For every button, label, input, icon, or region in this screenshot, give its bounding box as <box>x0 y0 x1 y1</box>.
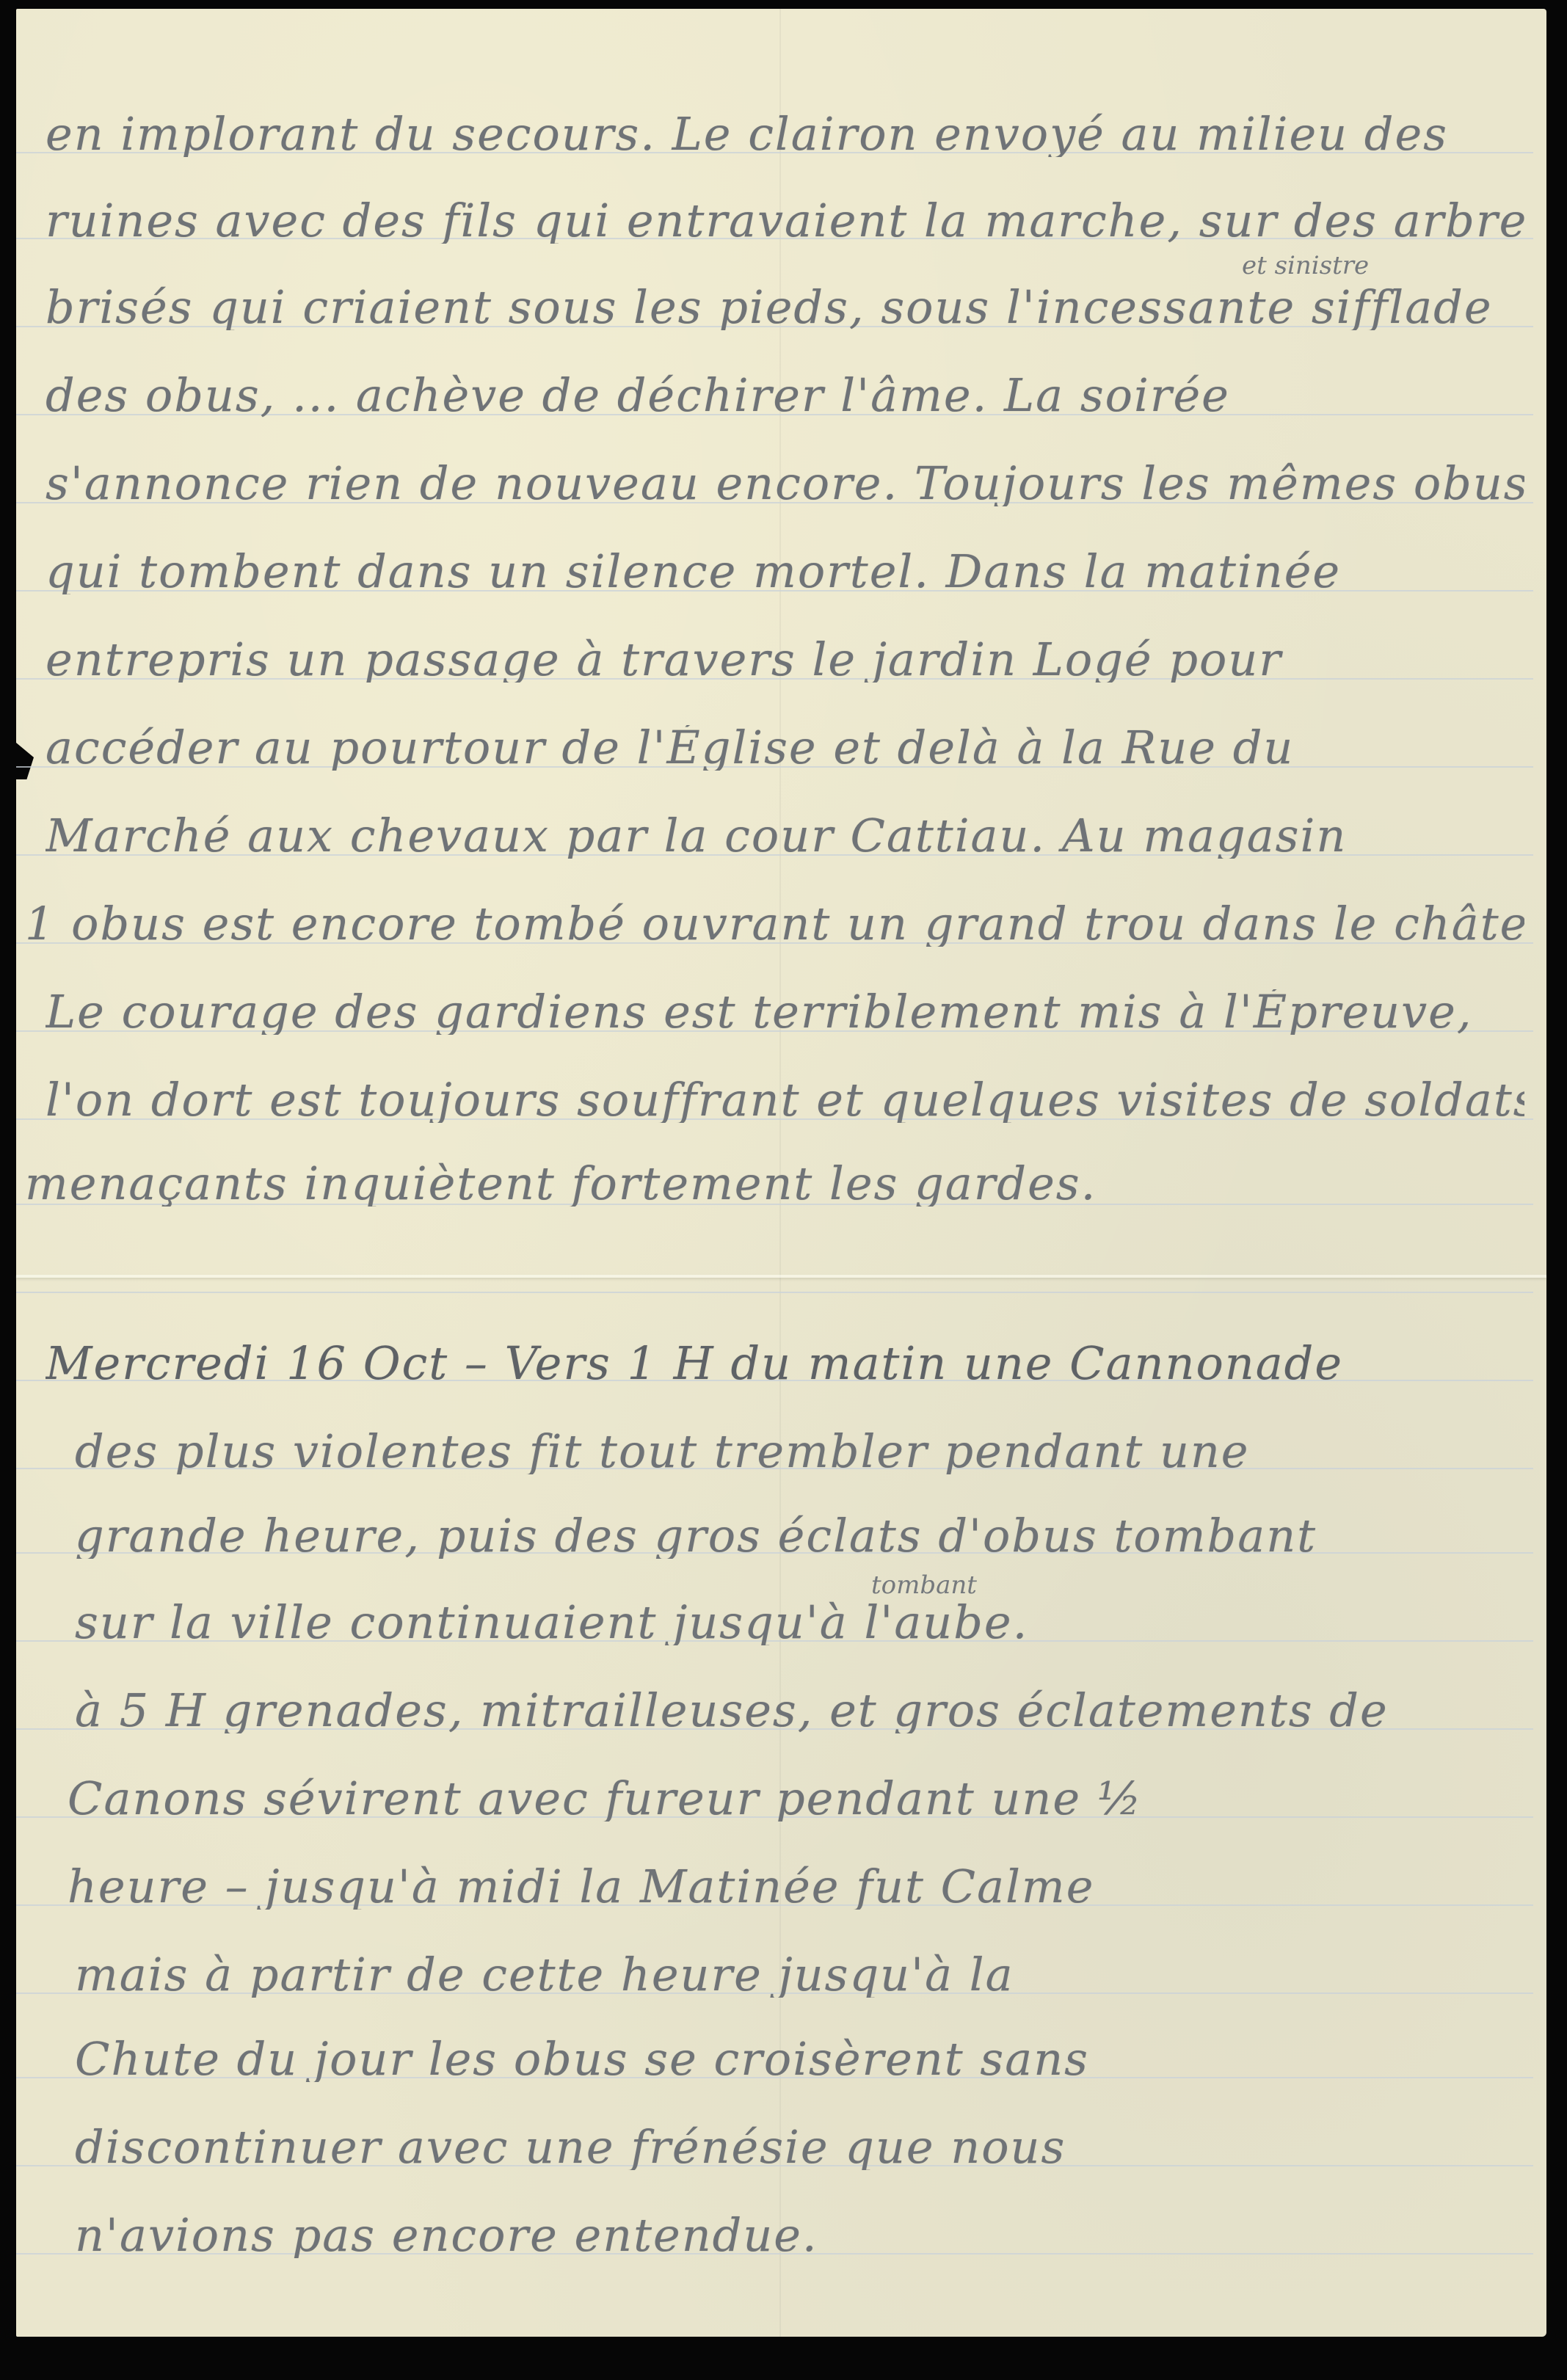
text-line: sur la ville continuaient jusqu'à l'aube… <box>75 1600 1524 1645</box>
document-page: en implorant du secours. Le clairon envo… <box>16 9 1546 2337</box>
entry-heading-text: – Vers 1 H du matin une Cannonade <box>448 1341 1343 1386</box>
text-line: à 5 H grenades, mitrailleuses, et gros é… <box>75 1688 1524 1733</box>
paper-fold <box>16 1275 1546 1278</box>
text-line: discontinuer avec une frénésie que nous <box>75 2125 1524 2170</box>
text-line: n'avions pas encore entendue. <box>75 2213 1524 2258</box>
text-line: mais à partir de cette heure jusqu'à la <box>75 1952 1524 1998</box>
text-line: Canons sévirent avec fureur pendant une … <box>68 1776 1524 1822</box>
torn-edge <box>16 743 34 779</box>
interlinear-insert: et sinistre <box>1242 251 1369 280</box>
text-line: Le courage des gardiens est terriblement… <box>46 989 1524 1035</box>
interlinear-insert: tombant <box>871 1571 977 1600</box>
entry-heading: Mercredi 16 Oct – Vers 1 H du matin une … <box>46 1341 1524 1386</box>
text-line: grande heure, puis des gros éclats d'obu… <box>75 1513 1524 1559</box>
text-line: l'on dort est toujours souffrant et quel… <box>46 1077 1524 1123</box>
entry-date: Mercredi 16 Oct <box>46 1341 448 1386</box>
text-line: ruines avec des fils qui entravaient la … <box>46 198 1524 244</box>
text-line: menaçants inquiètent fortement les garde… <box>25 1161 1524 1207</box>
text-line: des plus violentes fit tout trembler pen… <box>75 1429 1524 1474</box>
text-line: des obus, ... achève de déchirer l'âme. … <box>46 373 1524 418</box>
text-line: en implorant du secours. Le clairon envo… <box>46 112 1524 157</box>
ruled-line <box>16 1292 1533 1293</box>
text-line: s'annonce rien de nouveau encore. Toujou… <box>46 461 1524 506</box>
text-line: Marché aux chevaux par la cour Cattiau. … <box>46 813 1524 859</box>
text-line: Chute du jour les obus se croisèrent san… <box>75 2037 1524 2082</box>
text-line: entrepris un passage à travers le jardin… <box>46 637 1524 683</box>
text-line: accéder au pourtour de l'Église et delà … <box>46 725 1524 771</box>
text-line: qui tombent dans un silence mortel. Dans… <box>46 549 1524 594</box>
text-line: brisés qui criaient sous les pieds, sous… <box>46 285 1524 330</box>
text-line: 1 obus est encore tombé ouvrant un grand… <box>25 901 1524 947</box>
text-line: heure – jusqu'à midi la Matinée fut Calm… <box>68 1864 1524 1910</box>
